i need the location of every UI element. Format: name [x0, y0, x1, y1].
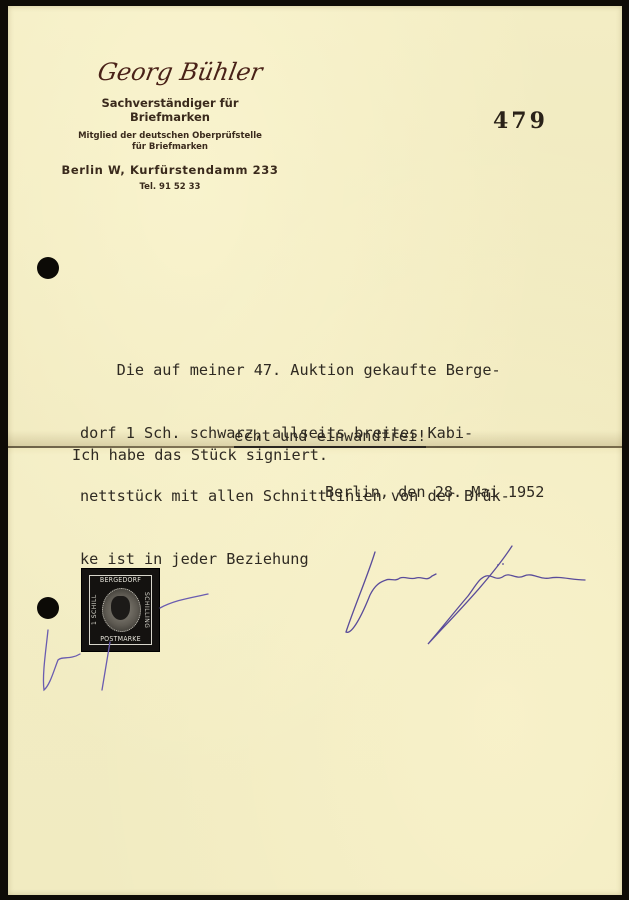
signed-note: Ich habe das Stück signiert. [72, 445, 328, 466]
body-line: Die auf meiner 47. Auktion gekaufte Berg… [80, 360, 510, 381]
membership-line-2: für Briefmarken [60, 142, 280, 153]
verdict: echt und einwandfrei! [216, 405, 426, 447]
main-signature [340, 540, 590, 650]
certificate-number: 479 [493, 108, 548, 134]
letterhead-phone: Tel. 91 52 33 [60, 182, 280, 192]
punch-hole-top [37, 257, 59, 279]
letterhead-membership: Mitglied der deutschen Oberprüfstelle fü… [60, 131, 280, 153]
stamp-signature [40, 590, 220, 700]
membership-line-1: Mitglied der deutschen Oberprüfstelle [60, 131, 280, 142]
stamp-top-text: BERGEDORF [90, 576, 151, 585]
letterhead-address: Berlin W, Kurfürstendamm 233 [60, 163, 280, 177]
dateline: Berlin, den 28. Mai 1952 [325, 482, 544, 503]
letterhead-signature: Georg Bühler [95, 58, 264, 86]
letterhead: Georg Bühler Sachverständiger für Briefm… [60, 58, 280, 192]
letterhead-title: Sachverständiger für Briefmarken [60, 96, 280, 124]
